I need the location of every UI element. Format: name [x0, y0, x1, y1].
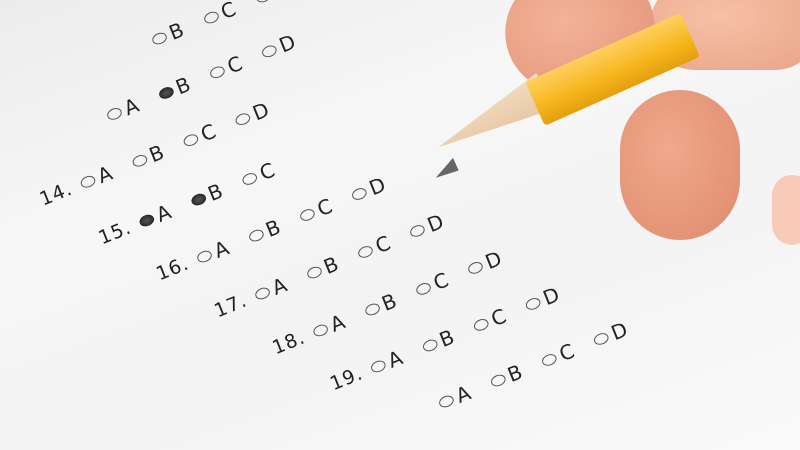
answer-option-a[interactable]: A — [193, 235, 233, 270]
option-letter: A — [153, 199, 176, 227]
empty-bubble-icon[interactable] — [311, 322, 329, 338]
empty-bubble-icon[interactable] — [261, 43, 279, 59]
answer-sheet: CDBCDABCD14.ABCD15.ABC16.ABCD17.ABCD18.A… — [0, 0, 800, 450]
question-number: 18. — [248, 326, 308, 367]
question-number — [46, 120, 98, 141]
answer-option-b[interactable]: B — [155, 72, 195, 107]
option-letter: D — [249, 97, 273, 125]
empty-bubble-icon[interactable] — [592, 330, 610, 346]
empty-bubble-icon[interactable] — [357, 243, 375, 259]
option-letter: B — [320, 251, 343, 279]
answer-option-b[interactable]: B — [245, 214, 285, 249]
filled-bubble-icon[interactable] — [189, 191, 207, 207]
answer-option-d[interactable]: D — [590, 317, 632, 353]
answer-option-a[interactable]: A — [435, 380, 475, 415]
pencil-lead — [431, 158, 459, 181]
answer-option-c[interactable]: C — [296, 193, 336, 228]
answer-option-b[interactable]: B — [486, 359, 526, 394]
empty-bubble-icon[interactable] — [247, 227, 265, 243]
empty-bubble-icon[interactable] — [234, 111, 252, 127]
empty-bubble-icon[interactable] — [472, 316, 490, 332]
question-number: 17. — [190, 289, 250, 330]
empty-bubble-icon[interactable] — [541, 351, 559, 367]
empty-bubble-icon[interactable] — [130, 153, 148, 169]
option-letter: D — [276, 29, 300, 57]
option-letter: A — [120, 92, 143, 120]
answer-option-b[interactable]: B — [187, 178, 227, 213]
answer-option-c[interactable]: C — [238, 157, 278, 192]
answer-option-b[interactable]: B — [128, 139, 168, 174]
option-letter: B — [436, 324, 459, 352]
answer-option-a[interactable]: A — [135, 199, 175, 234]
answer-option-a[interactable]: A — [309, 309, 349, 344]
empty-bubble-icon[interactable] — [351, 185, 369, 201]
fingernail — [772, 175, 800, 245]
option-letter: D — [366, 172, 390, 200]
answer-option-c[interactable]: C — [200, 0, 240, 31]
answer-option-b[interactable]: B — [148, 17, 188, 52]
empty-bubble-icon[interactable] — [254, 0, 272, 4]
option-letter: B — [204, 178, 227, 206]
answer-option-d[interactable]: D — [258, 29, 300, 65]
option-letter: A — [452, 380, 475, 408]
option-letter: C — [372, 230, 395, 258]
question-number: 14. — [16, 178, 76, 219]
option-letter: B — [166, 17, 189, 45]
empty-bubble-icon[interactable] — [409, 222, 427, 238]
answer-option-d[interactable]: D — [522, 282, 564, 318]
empty-bubble-icon[interactable] — [421, 337, 439, 353]
option-letter: A — [269, 272, 292, 300]
answer-option-d[interactable]: D — [232, 97, 274, 133]
option-letter: C — [556, 338, 579, 366]
option-letter: C — [256, 157, 279, 185]
answer-option-c[interactable]: C — [470, 303, 510, 338]
empty-bubble-icon[interactable] — [195, 248, 213, 264]
empty-bubble-icon[interactable] — [299, 206, 317, 222]
option-letter: B — [146, 139, 169, 167]
option-letter: D — [608, 317, 632, 345]
option-letter: A — [210, 235, 233, 263]
option-letter: C — [314, 193, 337, 221]
option-letter: B — [378, 288, 401, 316]
empty-bubble-icon[interactable] — [363, 301, 381, 317]
answer-option-a[interactable]: A — [367, 345, 407, 380]
answer-option-b[interactable]: B — [303, 251, 343, 286]
question-row: 19.ABCD — [305, 273, 584, 404]
filled-bubble-icon[interactable] — [157, 85, 175, 101]
empty-bubble-icon[interactable] — [182, 132, 200, 148]
answer-option-b[interactable]: B — [418, 324, 458, 359]
answer-option-a[interactable]: A — [76, 160, 116, 195]
question-number: 16. — [132, 252, 192, 293]
option-letter: C — [430, 267, 453, 295]
question-row: ABCD — [374, 309, 653, 440]
empty-bubble-icon[interactable] — [305, 264, 323, 280]
option-letter: B — [262, 214, 285, 242]
answer-option-d[interactable]: D — [348, 172, 390, 208]
empty-bubble-icon[interactable] — [467, 259, 485, 275]
answer-option-c[interactable]: C — [206, 51, 246, 86]
answer-option-d[interactable]: D — [251, 0, 293, 10]
answer-option-d[interactable]: D — [464, 246, 506, 282]
empty-bubble-icon[interactable] — [437, 393, 455, 409]
option-letter: C — [224, 51, 247, 79]
empty-bubble-icon[interactable] — [209, 64, 227, 80]
option-letter: D — [540, 282, 564, 310]
empty-bubble-icon[interactable] — [79, 173, 97, 189]
option-letter: C — [488, 303, 511, 331]
question-row: 16.ABCD — [132, 164, 411, 295]
option-letter: A — [384, 345, 407, 373]
empty-bubble-icon[interactable] — [369, 358, 387, 374]
empty-bubble-icon[interactable] — [489, 372, 507, 388]
answer-option-c[interactable]: C — [354, 230, 394, 265]
option-letter: D — [269, 0, 293, 3]
option-letter: C — [217, 0, 240, 24]
option-letter: C — [197, 119, 220, 147]
empty-bubble-icon[interactable] — [150, 30, 168, 46]
empty-bubble-icon[interactable] — [105, 106, 123, 122]
answer-option-d[interactable]: D — [406, 209, 448, 245]
option-letter: D — [424, 209, 448, 237]
empty-bubble-icon[interactable] — [241, 170, 259, 186]
answer-option-a[interactable]: A — [251, 272, 291, 307]
question-number: 19. — [306, 362, 366, 403]
option-letter: D — [482, 246, 506, 274]
question-number: 15. — [74, 216, 134, 257]
answer-option-c[interactable]: C — [180, 119, 220, 154]
question-number — [91, 45, 143, 66]
empty-bubble-icon[interactable] — [415, 280, 433, 296]
answer-option-c[interactable]: C — [412, 267, 452, 302]
empty-bubble-icon[interactable] — [253, 285, 271, 301]
answer-option-b[interactable]: B — [361, 288, 401, 323]
hand-finger — [620, 90, 740, 240]
answer-option-c[interactable]: C — [538, 338, 578, 373]
filled-bubble-icon[interactable] — [138, 212, 156, 228]
empty-bubble-icon[interactable] — [202, 9, 220, 25]
answer-option-a[interactable]: A — [103, 92, 143, 127]
option-letter: B — [504, 359, 527, 387]
question-number — [378, 408, 430, 429]
empty-bubble-icon[interactable] — [524, 295, 542, 311]
option-letter: A — [94, 160, 117, 188]
question-row: 17.ABCD — [190, 201, 469, 332]
option-letter: A — [327, 309, 350, 337]
option-letter: B — [172, 72, 195, 100]
